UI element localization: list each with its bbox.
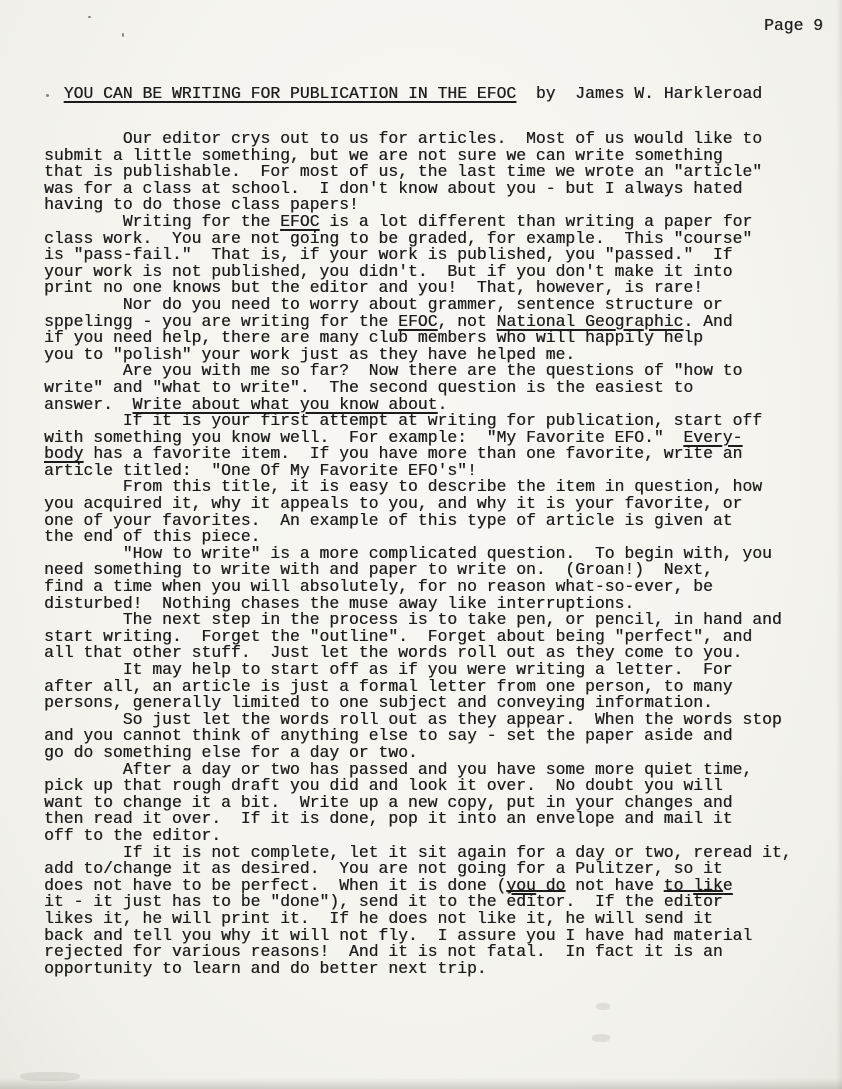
scan-edge-right <box>836 0 842 1089</box>
text-segment: opportunity to learn and do better next … <box>44 959 487 978</box>
text-segment: YOU CAN BE WRITING FOR PUBLICATION IN TH… <box>64 84 516 103</box>
text-line: opportunity to learn and do better next … <box>44 961 792 978</box>
scan-artifact <box>122 33 124 37</box>
article-title: YOU CAN BE WRITING FOR PUBLICATION IN TH… <box>44 84 762 103</box>
scan-artifact <box>46 94 49 97</box>
scanned-page: Page 9 YOU CAN BE WRITING FOR PUBLICATIO… <box>0 0 842 1089</box>
scan-artifact <box>592 1034 610 1042</box>
scan-edge-bottom <box>0 1078 842 1089</box>
document-body: Our editor crys out to us for articles. … <box>44 131 792 977</box>
page-number: Page 9 <box>764 16 823 35</box>
scan-artifact <box>88 16 91 18</box>
scan-artifact <box>596 1003 610 1010</box>
text-segment: by James W. Harkleroad <box>516 84 762 103</box>
